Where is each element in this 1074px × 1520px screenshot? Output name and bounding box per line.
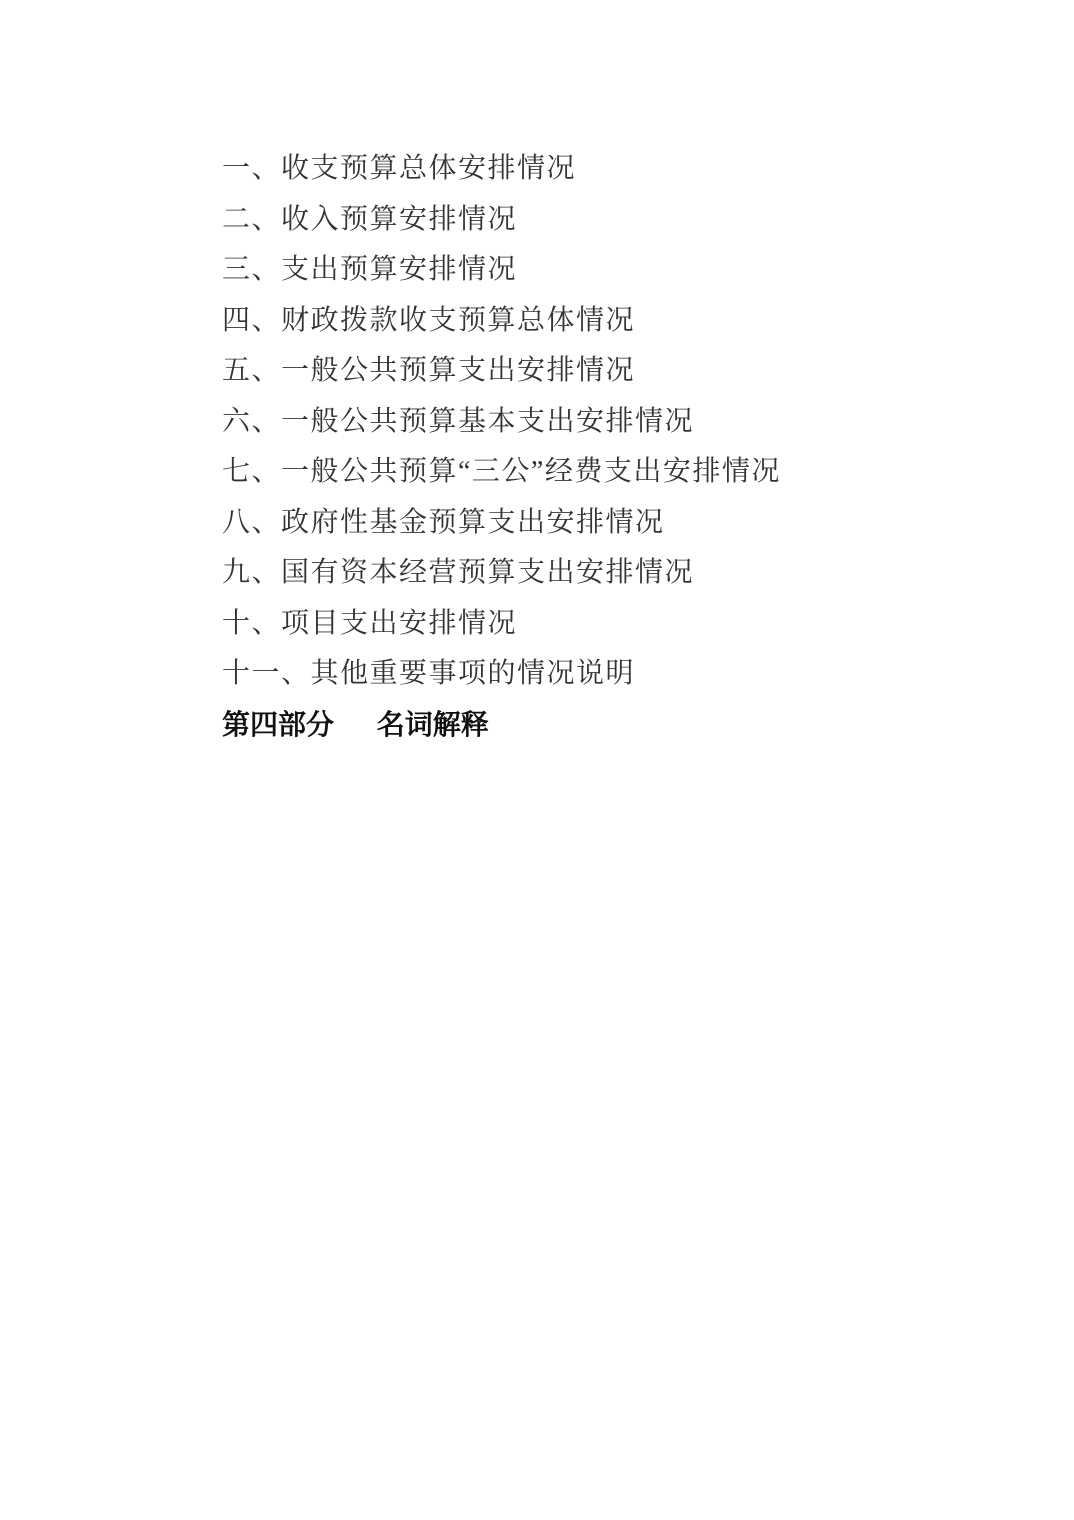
toc-item-4: 四、财政拨款收支预算总体情况 (222, 296, 1014, 347)
toc-item-1: 一、收支预算总体安排情况 (222, 144, 1014, 195)
document-page: 一、收支预算总体安排情况 二、收入预算安排情况 三、支出预算安排情况 四、财政拨… (0, 0, 1074, 1520)
section-heading-title: 名词解释 (377, 709, 489, 740)
toc-item-7: 七、一般公共预算“三公”经费支出安排情况 (222, 447, 1014, 498)
table-of-contents: 一、收支预算总体安排情况 二、收入预算安排情况 三、支出预算安排情况 四、财政拨… (222, 144, 1014, 750)
toc-item-10: 十、项目支出安排情况 (222, 599, 1014, 650)
toc-item-5: 五、一般公共预算支出安排情况 (222, 346, 1014, 397)
section-heading-prefix: 第四部分 (222, 709, 334, 740)
toc-item-3: 三、支出预算安排情况 (222, 245, 1014, 296)
toc-item-9: 九、国有资本经营预算支出安排情况 (222, 548, 1014, 599)
toc-item-11: 十一、其他重要事项的情况说明 (222, 649, 1014, 700)
toc-item-6: 六、一般公共预算基本支出安排情况 (222, 397, 1014, 448)
toc-item-2: 二、收入预算安排情况 (222, 195, 1014, 246)
section-heading-part4: 第四部分 名词解释 (222, 700, 1014, 751)
toc-item-8: 八、政府性基金预算支出安排情况 (222, 498, 1014, 549)
